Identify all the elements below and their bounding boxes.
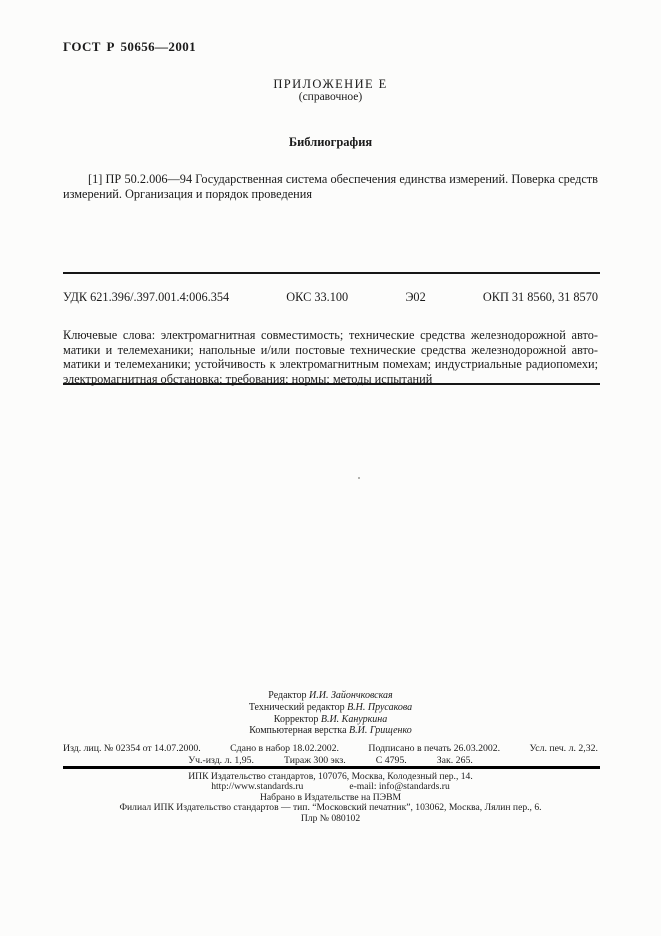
staff-name: И.И. Зайончковская (309, 690, 393, 701)
appendix-subtitle: (справочное) (0, 91, 661, 104)
appendix-title: ПРИЛОЖЕНИЕ Е (0, 78, 661, 91)
imprint-item: Усл. печ. л. 2,32. (530, 743, 598, 754)
bibliography-entry: [1] ПР 50.2.006—94 Государственная систе… (63, 172, 598, 202)
imprint-item: Изд. лиц. № 02354 от 14.07.2000. (63, 743, 201, 754)
imprint-row-2: Уч.-изд. л. 1,95. Тираж 300 экз. С 4795.… (63, 755, 598, 766)
publisher-block: ИПК Издательство стандартов, 107076, Мос… (0, 772, 661, 824)
staff-role: Редактор (268, 690, 306, 701)
imprint-item: Уч.-изд. л. 1,95. (188, 755, 254, 766)
staff-name: В.И. Кануркина (321, 714, 387, 725)
staff-row: Корректор В.И. Кануркина (0, 714, 661, 726)
imprint-item: Тираж 300 экз. (284, 755, 346, 766)
standard-number: ГОСТ Р 50656—2001 (63, 39, 196, 55)
classification-row: УДК 621.396/.397.001.4:006.354 ОКС 33.10… (63, 290, 598, 305)
imprint-row-1: Изд. лиц. № 02354 от 14.07.2000. Сдано в… (63, 743, 598, 754)
staff-name: В.Н. Прусакова (347, 702, 412, 713)
footer-rule (63, 766, 600, 769)
imprint-item: Зак. 265. (437, 755, 473, 766)
editorial-staff: Редактор И.И. Зайончковская Технический … (0, 690, 661, 737)
udk-code: УДК 621.396/.397.001.4:006.354 (63, 290, 229, 305)
staff-name: В.И. Грищенко (349, 725, 412, 736)
appendix-header: ПРИЛОЖЕНИЕ Е (справочное) (0, 78, 661, 104)
imprint-item: Сдано в набор 18.02.2002. (230, 743, 339, 754)
staff-role: Технический редактор (249, 702, 345, 713)
document-page: ГОСТ Р 50656—2001 ПРИЛОЖЕНИЕ Е (справочн… (0, 0, 661, 936)
imprint-item: С 4795. (376, 755, 407, 766)
oks-code: ОКС 33.100 (286, 290, 348, 305)
publisher-address: ИПК Издательство стандартов, 107076, Мос… (0, 772, 661, 782)
keywords-paragraph: Ключевые слова: электромагнитная совмест… (63, 328, 598, 386)
staff-role: Корректор (274, 714, 319, 725)
okp-code: ОКП 31 8560, 31 8570 (483, 290, 598, 305)
separator-rule-bottom (63, 383, 600, 385)
imprint-item: Подписано в печать 26.03.2002. (368, 743, 500, 754)
staff-row: Технический редактор В.Н. Прусакова (0, 702, 661, 714)
staff-row: Компьютерная верстка В.И. Грищенко (0, 725, 661, 737)
letter-code: Э02 (405, 290, 425, 305)
publisher-permit: Плр № 080102 (0, 814, 661, 824)
staff-role: Компьютерная верстка (249, 725, 346, 736)
bibliography-heading: Библиография (0, 135, 661, 150)
staff-row: Редактор И.И. Зайончковская (0, 690, 661, 702)
scan-artifact-dot (358, 477, 360, 479)
separator-rule-top (63, 272, 600, 274)
